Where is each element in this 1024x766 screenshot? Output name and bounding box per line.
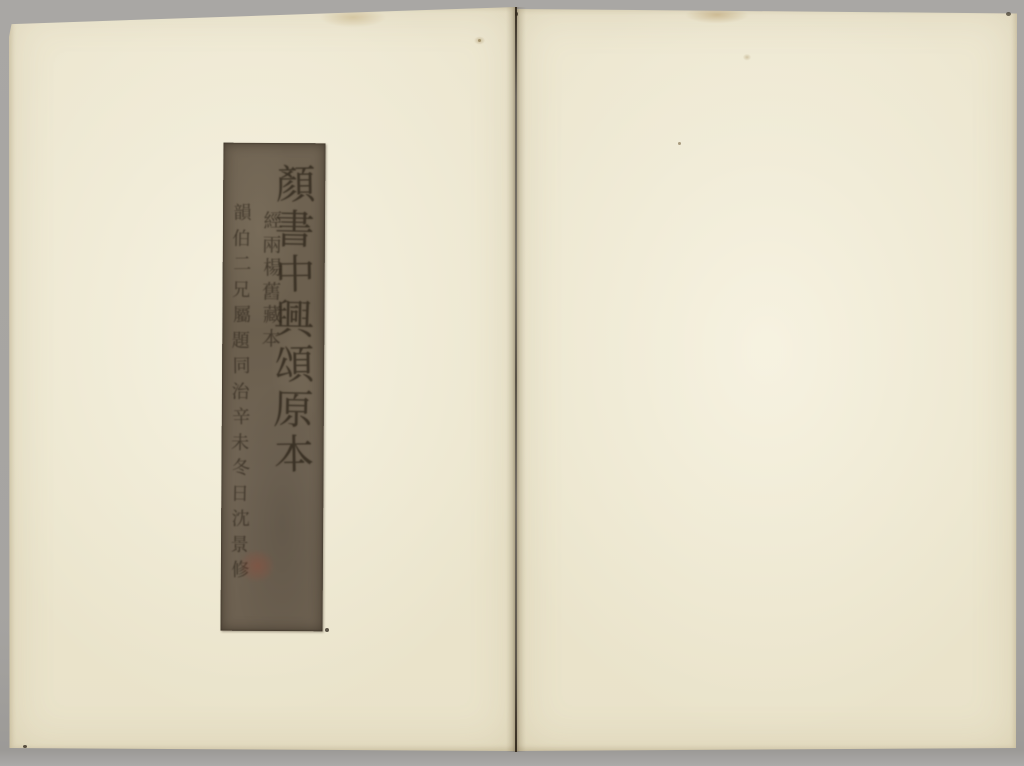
- calligraphy-glyph: 藏: [263, 304, 282, 328]
- calligraphy-glyph: 韻: [233, 201, 251, 227]
- paper-speck: [478, 39, 481, 42]
- calligraphy-glyph: 舊: [262, 280, 281, 304]
- calligraphy-glyph: 二: [233, 252, 251, 278]
- calligraphy-glyph: 治: [231, 379, 250, 405]
- calligraphy-glyph: 伯: [232, 226, 251, 252]
- calligraphy-glyph: 未: [231, 430, 250, 456]
- calligraphy-glyph: 冬: [232, 456, 250, 482]
- calligraphy-glyph: 本: [262, 327, 281, 351]
- paper-speck: [325, 628, 329, 632]
- calligraphy-glyph: 辛: [232, 405, 250, 431]
- calligraphy-glyph: 原: [273, 388, 314, 434]
- book-spread-photo: 顏書中興頌原本 經兩楊舊藏本 韻伯二兄屬題同治辛未冬日沈景修: [0, 0, 1024, 766]
- paper-speck: [23, 745, 27, 748]
- calligraphy-glyph: 本: [274, 433, 315, 479]
- calligraphy-glyph: 兄: [232, 277, 251, 303]
- seal-impression: [241, 551, 273, 581]
- collection-note-column: 經兩楊舊藏本: [260, 210, 285, 351]
- calligraphy-glyph: 日: [231, 481, 250, 507]
- calligraphy-glyph: 同: [232, 354, 250, 380]
- calligraphy-glyph: 顏: [275, 163, 316, 209]
- right-page: [517, 9, 1017, 751]
- paper-speck: [678, 142, 681, 145]
- dedication-signature-column: 韻伯二兄屬題同治辛未冬日沈景修: [228, 201, 254, 584]
- paper-speck: [515, 12, 518, 16]
- paper-speck: [1006, 12, 1011, 16]
- calligraphy-glyph: 楊: [264, 257, 283, 281]
- calligraphy-glyph: 兩: [263, 233, 282, 257]
- calligraphy-glyph: 屬: [233, 303, 251, 329]
- calligraphy-glyph: 經: [264, 210, 283, 234]
- spine-gutter: [506, 7, 526, 752]
- calligraphy-glyph: 沈: [232, 507, 250, 533]
- title-slip: 顏書中興頌原本 經兩楊舊藏本 韻伯二兄屬題同治辛未冬日沈景修: [221, 143, 326, 632]
- calligraphy-glyph: 題: [232, 328, 251, 354]
